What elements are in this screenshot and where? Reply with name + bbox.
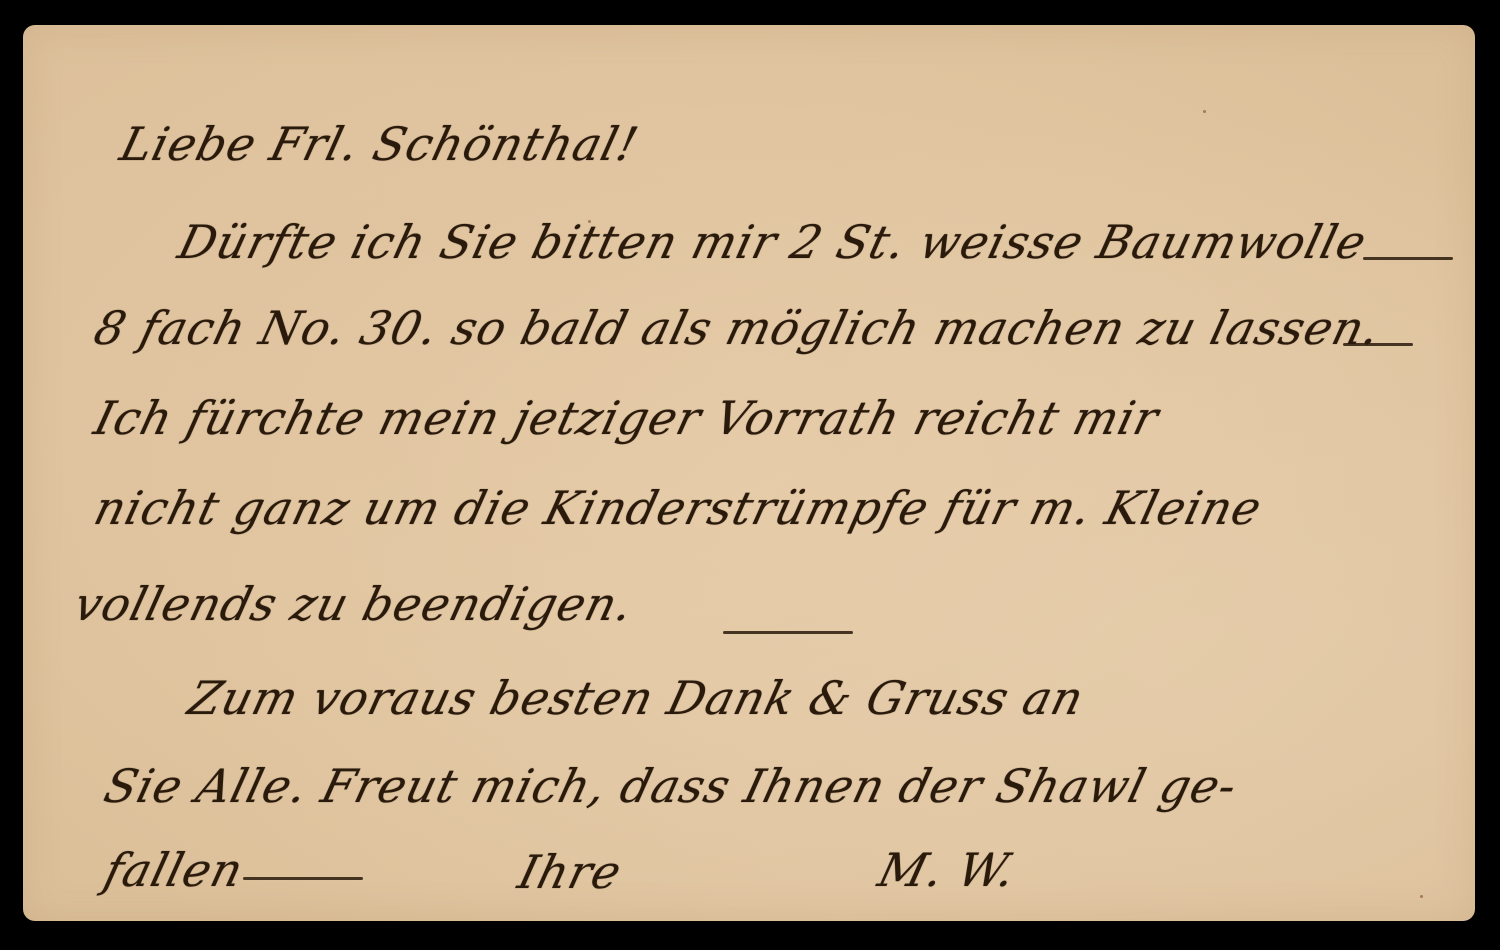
line-flourish [1363,257,1453,260]
body-line-7: Sie Alle. Freut mich, dass Ihnen der Sha… [99,759,1243,813]
body-line-5: vollends zu beendigen. [69,577,639,631]
postcard: Liebe Frl. Schönthal! Dürfte ich Sie bit… [23,25,1475,921]
line-flourish [1343,343,1413,346]
body-line-1: Dürfte ich Sie bitten mir 2 St. weisse B… [173,215,1372,269]
signature: M. W. [873,843,1022,897]
body-line-8: fallen [99,843,249,897]
line-flourish [243,877,363,880]
body-line-2: 8 fach No. 30. so bald als möglich mache… [89,301,1386,355]
body-line-3: Ich fürchte mein jetziger Vorrath reicht… [89,391,1165,445]
paper-speck [1203,110,1206,113]
line-flourish [723,631,853,634]
paper-speck [588,220,591,223]
closing: Ihre [513,845,627,899]
body-line-6: Zum voraus besten Dank & Gruss an [183,671,1090,725]
body-line-4: nicht ganz um die Kinderstrümpfe für m. … [89,481,1268,535]
salutation: Liebe Frl. Schönthal! [115,117,644,171]
paper-speck [1420,895,1423,898]
